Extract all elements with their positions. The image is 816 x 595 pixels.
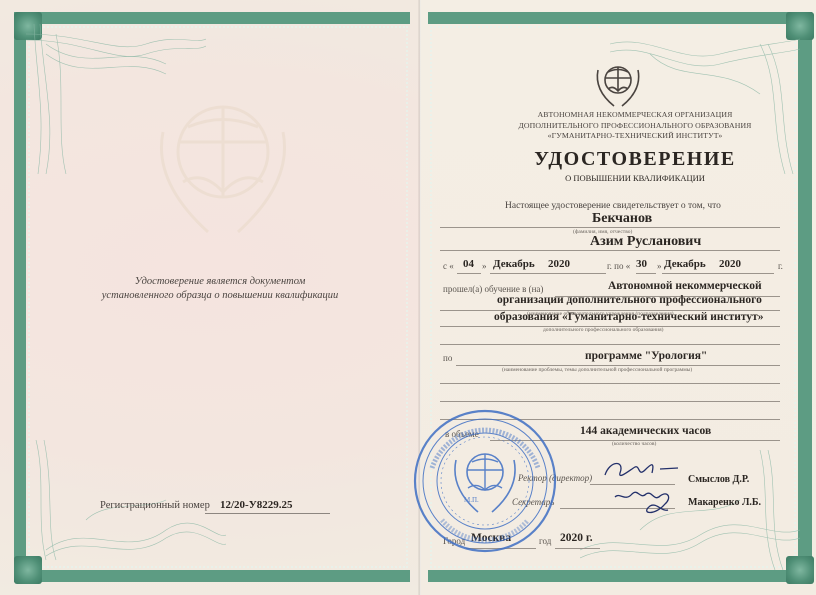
- to-year: 2020: [719, 258, 741, 270]
- hours-caption: (количество часов): [612, 441, 656, 447]
- institution-caption-2: дополнительного профессионального образо…: [543, 327, 663, 333]
- from-month-underline: [490, 273, 590, 274]
- to-month-underline: [662, 273, 774, 274]
- period-from-quote: »: [482, 261, 487, 271]
- org-line-3: «ГУМАНИТАРНО-ТЕХНИЧЕСКИЙ ИНСТИТУТ»: [490, 131, 780, 142]
- to-day-underline: [636, 273, 656, 274]
- institution-line-2: организации дополнительного профессионал…: [497, 294, 762, 306]
- registration-number: 12/20-У8229.25: [220, 499, 293, 511]
- left-page-note: Удостоверение является документом устано…: [90, 275, 350, 303]
- period-from-prefix: с «: [443, 261, 454, 271]
- given-names-underline: [440, 250, 780, 251]
- to-day: 30: [636, 258, 647, 270]
- round-seal-stamp-icon: М.П.: [412, 408, 558, 554]
- to-month: Декабрь: [664, 258, 706, 270]
- registration-label: Регистрационный номер: [100, 500, 210, 511]
- from-month: Декабрь: [493, 258, 535, 270]
- period-suffix: г.: [778, 261, 783, 271]
- program-label: по: [443, 353, 452, 363]
- org-line-1: АВТОНОМНАЯ НЕКОММЕРЧЕСКАЯ ОРГАНИЗАЦИЯ: [490, 110, 780, 121]
- note-line-2: установленного образца о повышении квали…: [90, 289, 350, 303]
- corner-ornament-icon: [14, 12, 42, 40]
- secretary-signature-icon: [610, 482, 680, 520]
- corner-ornament-icon: [14, 556, 42, 584]
- given-names: Азим Русланович: [590, 234, 701, 250]
- program-name: программе "Урология": [585, 350, 707, 362]
- organization-name: АВТОНОМНАЯ НЕКОММЕРЧЕСКАЯ ОРГАНИЗАЦИЯ ДО…: [490, 110, 780, 142]
- year: 2020 г.: [560, 532, 593, 544]
- institution-line-3: образования «Гуманитарно-технический инс…: [494, 311, 764, 323]
- from-day-underline: [457, 273, 481, 274]
- period-to-quote: »: [657, 261, 662, 271]
- blank-underline-2: [440, 383, 780, 384]
- certifies-text: Настоящее удостоверение свидетельствует …: [505, 201, 721, 211]
- from-gap-underline: [590, 273, 606, 274]
- corner-ornament-icon: [786, 12, 814, 40]
- stamp-mp-text: М.П.: [464, 496, 479, 504]
- program-underline: [456, 365, 780, 366]
- certificate-sheet: Удостоверение является документом устано…: [0, 0, 816, 595]
- from-day: 04: [463, 258, 474, 270]
- period-to-prefix: г. по «: [607, 261, 630, 271]
- surname-underline: [440, 227, 780, 228]
- rector-name: Смыслов Д.Р.: [688, 474, 749, 485]
- year-underline: [555, 548, 600, 549]
- secretary-name: Макаренко Л.Б.: [688, 497, 761, 508]
- blank-underline-3: [440, 401, 780, 402]
- institute-logo-icon: [590, 56, 646, 112]
- institution-line-1: Автономной некоммерческой: [608, 280, 762, 292]
- registration-underline: [205, 513, 330, 514]
- program-caption: (наименование проблемы, темы дополнитель…: [502, 367, 692, 373]
- blank-underline-1: [440, 344, 780, 345]
- rector-signature-icon: [600, 455, 680, 485]
- note-line-1: Удостоверение является документом: [90, 275, 350, 289]
- surname: Бекчанов: [592, 211, 652, 227]
- from-year: 2020: [548, 258, 570, 270]
- org-line-2: ДОПОЛНИТЕЛЬНОГО ПРОФЕССИОНАЛЬНОГО ОБРАЗО…: [490, 121, 780, 132]
- document-title: УДОСТОВЕРЕНИЕ: [490, 148, 780, 171]
- document-subtitle: О ПОВЫШЕНИИ КВАЛИФИКАЦИИ: [490, 173, 780, 183]
- hours: 144 академических часов: [580, 425, 711, 437]
- training-label: прошел(а) обучение в (на): [443, 284, 543, 294]
- corner-ornament-icon: [786, 556, 814, 584]
- institute-emblem-watermark-icon: [128, 92, 318, 242]
